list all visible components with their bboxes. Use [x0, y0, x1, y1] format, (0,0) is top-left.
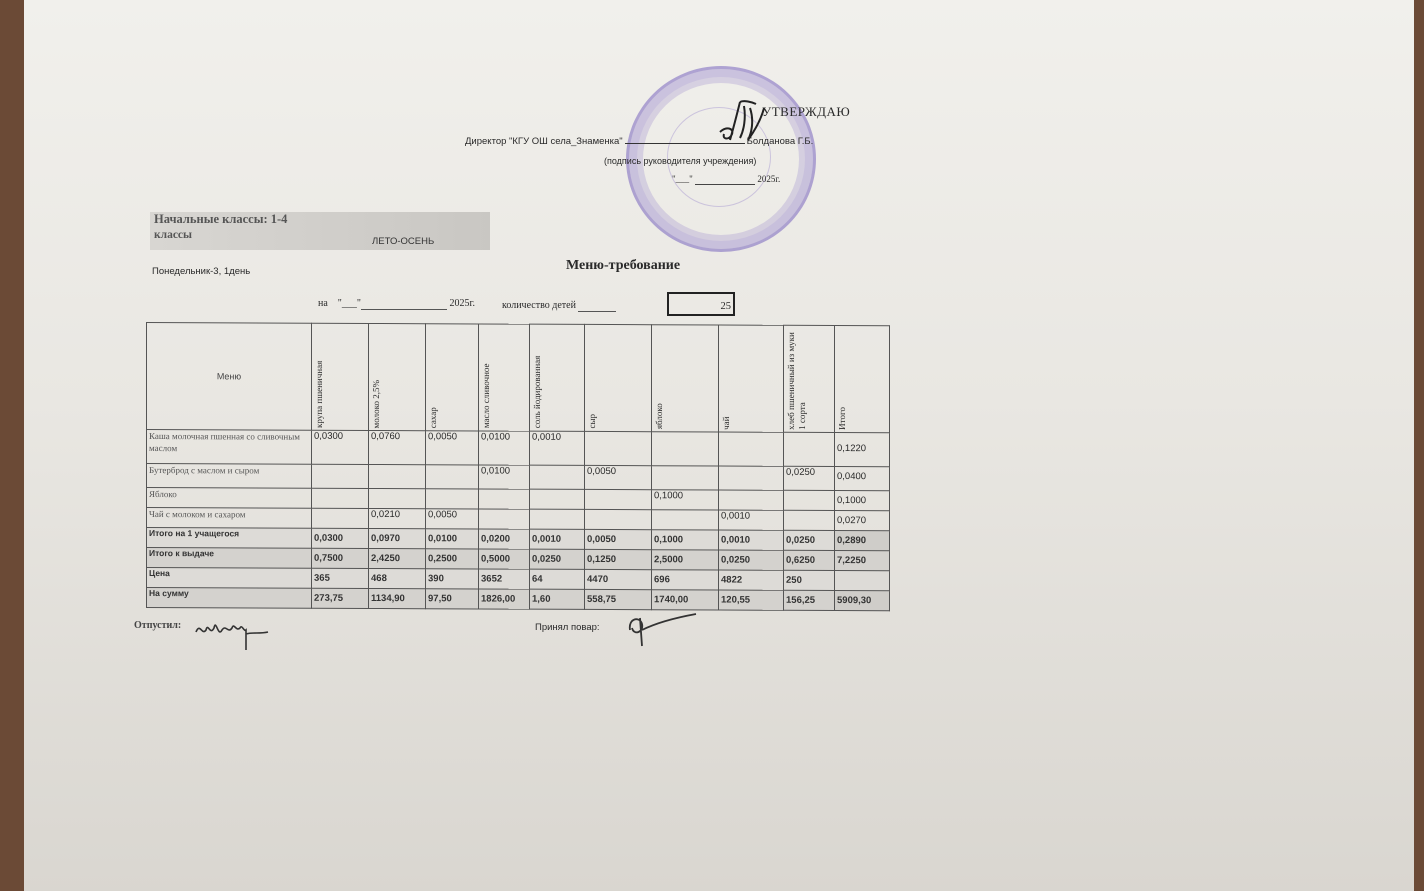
table-cell	[312, 488, 369, 508]
table-cell	[426, 489, 479, 509]
table-cell	[426, 465, 479, 489]
table-cell: 0,0250	[784, 466, 835, 490]
table-cell: 0,0250	[784, 530, 835, 550]
table-cell: 2,5000	[652, 550, 719, 570]
table-cell: 0,0010	[530, 431, 585, 465]
table-cell: 365	[312, 568, 369, 588]
table-cell	[784, 432, 835, 466]
table-row: Каша молочная пшенная со сливочным масло…	[147, 430, 890, 467]
table-cell: 558,75	[585, 589, 652, 609]
document-title: Меню-требование	[566, 258, 680, 274]
table-cell: 0,0300	[312, 430, 369, 464]
table-cell: 0,0100	[479, 465, 530, 489]
table-cell: 0,0010	[530, 529, 585, 549]
menu-column-header: Меню	[147, 323, 312, 431]
column-header: соль йодированная	[530, 324, 585, 431]
table-cell: 5909,30	[835, 591, 890, 611]
table-cell: 0,2890	[835, 531, 890, 551]
table-cell: 0,0050	[426, 431, 479, 465]
column-header: сахар	[426, 324, 479, 431]
table-cell: 120,55	[719, 590, 784, 610]
table-cell	[652, 510, 719, 530]
day-label: Понедельник-3, 1день	[152, 266, 250, 277]
column-header: чай	[719, 325, 784, 432]
table-cell: 1134,90	[369, 588, 426, 608]
table-cell: 156,25	[784, 590, 835, 610]
table-cell: 1826,00	[479, 589, 530, 609]
table-cell: 390	[426, 569, 479, 589]
table-cell: 0,0400	[835, 467, 890, 491]
table-cell: 0,0100	[426, 529, 479, 549]
director-name: Болданова Г.Б.	[747, 136, 814, 147]
table-cell: 0,0100	[479, 431, 530, 465]
table-cell: 0,1000	[835, 491, 890, 511]
class-info-box: Начальные классы: 1-4 классы ЛЕТО-ОСЕНЬ	[150, 212, 490, 250]
table-cell	[719, 490, 784, 510]
dish-name: Каша молочная пшенная со сливочным масло…	[147, 430, 312, 465]
approval-heading: УТВЕРЖДАЮ	[762, 104, 850, 120]
table-cell: 0,0970	[369, 528, 426, 548]
table-cell: 0,0010	[719, 510, 784, 530]
table-cell	[530, 465, 585, 489]
director-line: Директор "КГУ ОШ села_Знаменка"Болданова…	[465, 136, 813, 147]
class-line1: Начальные классы: 1-4	[154, 212, 287, 227]
table-cell	[784, 490, 835, 510]
table-row: Бутерброд с маслом и сыром0,01000,00500,…	[147, 464, 890, 491]
table-cell: 0,1000	[652, 530, 719, 550]
children-count-field[interactable]: 25	[667, 292, 735, 316]
table-cell: 0,0250	[530, 549, 585, 569]
received-by-label: Принял повар:	[535, 622, 600, 633]
table-cell: 7,2250	[835, 551, 890, 571]
table-cell: 2,4250	[369, 548, 426, 568]
table-cell: 97,50	[426, 589, 479, 609]
table-cell: 0,2500	[426, 549, 479, 569]
table-cell: 0,0050	[426, 509, 479, 529]
table-cell: 0,0050	[585, 465, 652, 489]
table-header-row: Меню крупа пшеничная молоко 2,5% сахар м…	[147, 323, 890, 433]
dish-name: Чай с молоком и сахаром	[147, 508, 312, 529]
table-cell	[312, 464, 369, 488]
table-cell: 0,0250	[719, 550, 784, 570]
table-cell: 250	[784, 570, 835, 590]
dish-name: Бутерброд с маслом и сыром	[147, 464, 312, 489]
column-header: Итого	[835, 326, 890, 433]
season-label: ЛЕТО-ОСЕНЬ	[372, 236, 434, 247]
table-cell	[585, 489, 652, 509]
table-cell	[652, 466, 719, 490]
approval-date: "___" 2025г.	[672, 174, 780, 185]
signature-caption: (подпись руководителя учреждения)	[604, 156, 756, 166]
table-cell: 1,60	[530, 589, 585, 609]
table-cell: 0,0010	[719, 530, 784, 550]
table-cell	[530, 509, 585, 529]
date-blank	[695, 174, 755, 185]
table-cell: 4470	[585, 569, 652, 589]
table-cell	[585, 509, 652, 529]
summary-label: Итого к выдаче	[147, 548, 312, 569]
date-row: на "___" 2025г.	[318, 298, 475, 310]
director-label: Директор "КГУ ОШ села_Знаменка"	[465, 136, 623, 147]
table-cell: 0,1250	[585, 549, 652, 569]
column-header: хлеб пшеничный из муки 1 сорта	[784, 325, 835, 432]
table-cell	[479, 509, 530, 529]
summary-label: Итого на 1 учащегося	[147, 528, 312, 549]
table-cell: 0,6250	[784, 550, 835, 570]
table-cell: 0,0300	[312, 528, 369, 548]
table-cell: 3652	[479, 569, 530, 589]
table-cell: 0,0210	[369, 508, 426, 528]
table-cell: 1740,00	[652, 590, 719, 610]
table-cell	[530, 489, 585, 509]
menu-table: Меню крупа пшеничная молоко 2,5% сахар м…	[146, 322, 890, 611]
column-header: молоко 2,5%	[369, 323, 426, 430]
released-by-label: Отпустил:	[134, 620, 181, 631]
table-cell	[835, 571, 890, 591]
table-cell	[719, 432, 784, 466]
column-header: масло сливочное	[479, 324, 530, 431]
table-cell: 0,0760	[369, 430, 426, 464]
table-cell	[312, 508, 369, 528]
table-cell: 64	[530, 569, 585, 589]
column-header: сыр	[585, 324, 652, 431]
table-cell: 468	[369, 568, 426, 588]
table-cell	[652, 432, 719, 466]
column-header: крупа пшеничная	[312, 323, 369, 430]
table-cell	[479, 489, 530, 509]
table-cell	[369, 488, 426, 508]
summary-row: На сумму273,751134,9097,501826,001,60558…	[147, 588, 890, 611]
table-cell: 0,1220	[835, 433, 890, 467]
table-cell: 0,0050	[585, 529, 652, 549]
table-cell	[784, 510, 835, 530]
table-cell: 4822	[719, 570, 784, 590]
class-line2: классы	[154, 229, 192, 241]
table-cell: 0,0200	[479, 529, 530, 549]
column-header: яблоко	[652, 325, 719, 432]
children-count-label: количество детей	[502, 300, 616, 312]
table-cell	[719, 466, 784, 490]
table-cell: 273,75	[312, 588, 369, 608]
signature-line	[625, 143, 745, 144]
table-cell: 0,7500	[312, 548, 369, 568]
summary-label: На сумму	[147, 588, 312, 609]
table-cell: 0,5000	[479, 549, 530, 569]
table-cell: 0,0270	[835, 511, 890, 531]
table-cell: 0,1000	[652, 490, 719, 510]
table-cell: 696	[652, 570, 719, 590]
table-cell	[585, 431, 652, 465]
summary-label: Цена	[147, 568, 312, 589]
dish-name: Яблоко	[147, 488, 312, 509]
table-cell	[369, 464, 426, 488]
